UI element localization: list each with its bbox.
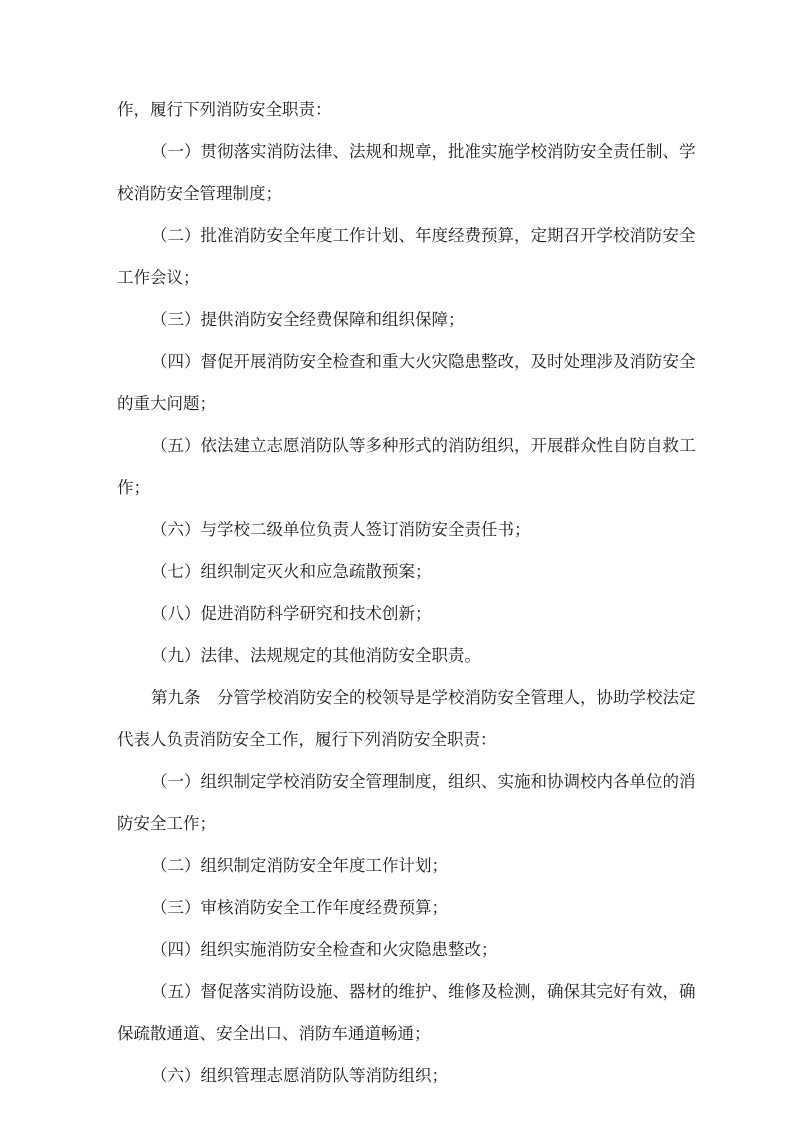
manager-duty-6: （六）组织管理志愿消防队等消防组织；	[117, 1064, 673, 1106]
duty-item-7: （七）组织制定灭火和应急疏散预案；	[117, 560, 673, 602]
duty-item-2-cont: 工作会议；	[117, 266, 673, 308]
duty-item-5-cont: 作；	[117, 476, 673, 518]
manager-duty-5: （五）督促落实消防设施、器材的维护、维修及检测，确保其完好有效，确	[117, 980, 673, 1022]
manager-duty-3: （三）审核消防安全工作年度经费预算；	[117, 896, 673, 938]
manager-duty-2: （二）组织制定消防安全年度工作计划；	[117, 854, 673, 896]
manager-duty-1-cont: 防安全工作；	[117, 812, 673, 854]
duty-item-4-cont: 的重大问题；	[117, 392, 673, 434]
article-9-heading: 第九条 分管学校消防安全的校领导是学校消防安全管理人，协助学校法定	[117, 686, 673, 728]
duty-item-9: （九）法律、法规规定的其他消防安全职责。	[117, 644, 673, 686]
duty-item-4: （四）督促开展消防安全检查和重大火灾隐患整改，及时处理涉及消防安全	[117, 350, 673, 392]
duty-item-2: （二）批准消防安全年度工作计划、年度经费预算，定期召开学校消防安全	[117, 224, 673, 266]
duty-item-6: （六）与学校二级单位负责人签订消防安全责任书；	[117, 518, 673, 560]
duty-item-1: （一）贯彻落实消防法律、法规和规章，批准实施学校消防安全责任制、学	[117, 140, 673, 182]
document-page: 作，履行下列消防安全职责： （一）贯彻落实消防法律、法规和规章，批准实施学校消防…	[117, 98, 673, 1106]
article-9-cont: 代表人负责消防安全工作，履行下列消防安全职责：	[117, 728, 673, 770]
duty-item-3: （三）提供消防安全经费保障和组织保障；	[117, 308, 673, 350]
manager-duty-1: （一）组织制定学校消防安全管理制度，组织、实施和协调校内各单位的消	[117, 770, 673, 812]
paragraph-continuation: 作，履行下列消防安全职责：	[117, 98, 673, 140]
duty-item-5: （五）依法建立志愿消防队等多种形式的消防组织，开展群众性自防自救工	[117, 434, 673, 476]
duty-item-1-cont: 校消防安全管理制度；	[117, 182, 673, 224]
manager-duty-5-cont: 保疏散通道、安全出口、消防车通道畅通；	[117, 1022, 673, 1064]
duty-item-8: （八）促进消防科学研究和技术创新；	[117, 602, 673, 644]
manager-duty-4: （四）组织实施消防安全检查和火灾隐患整改；	[117, 938, 673, 980]
